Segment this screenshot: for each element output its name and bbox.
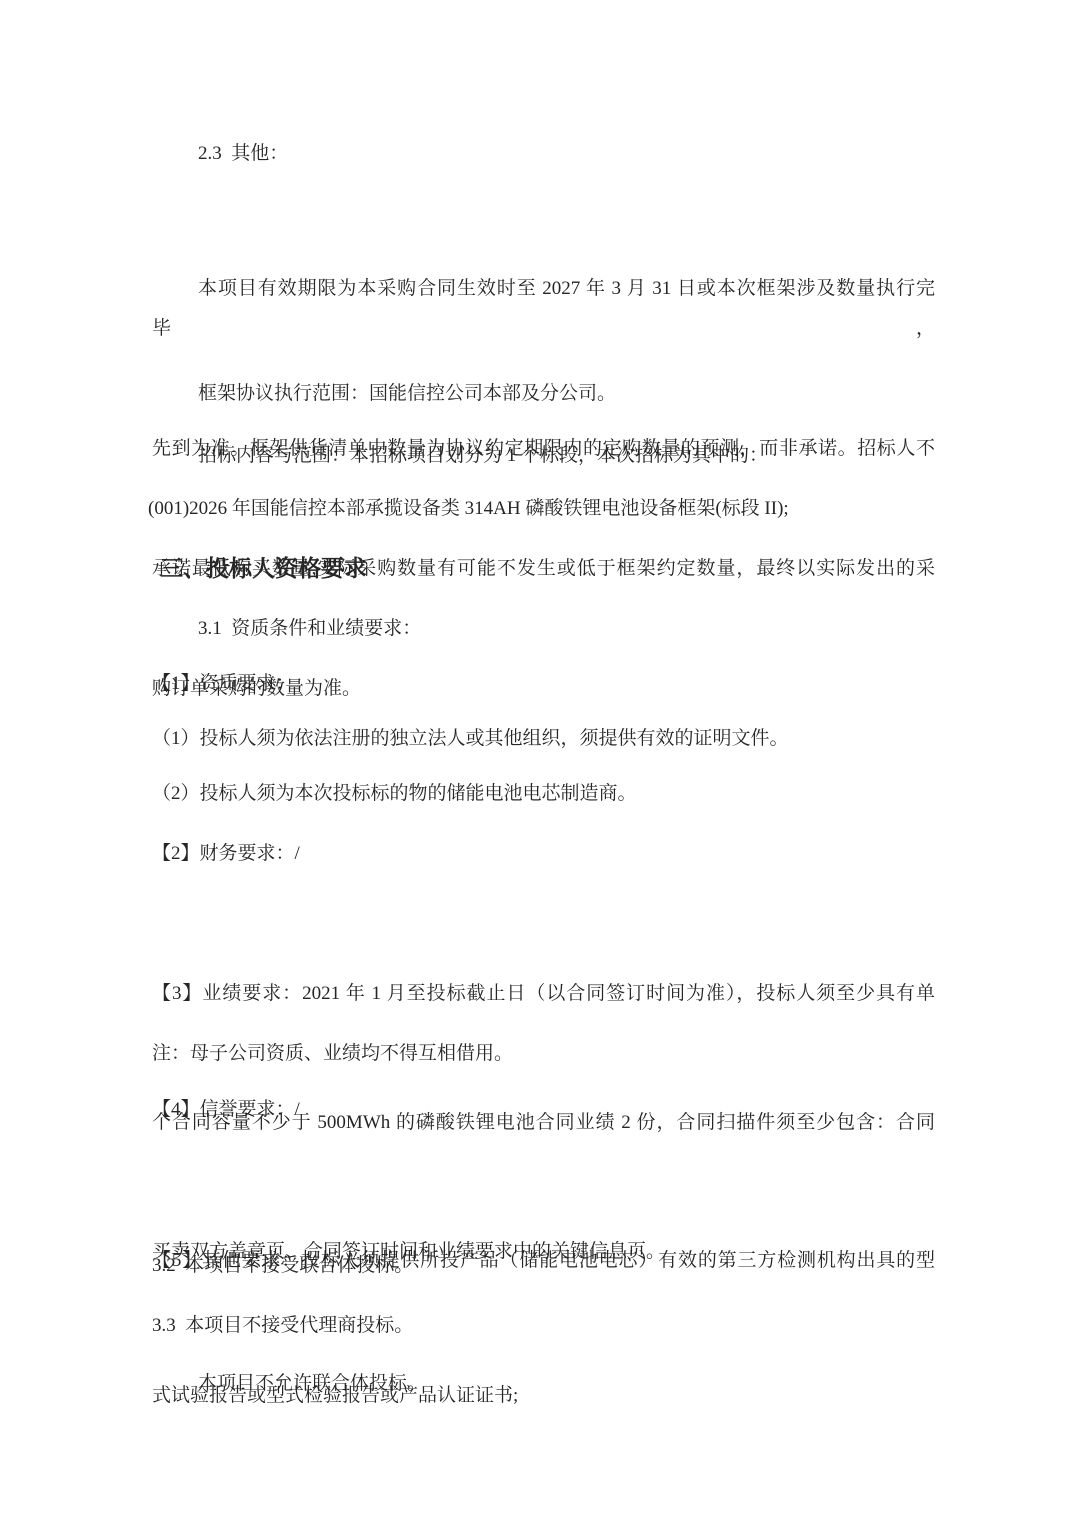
clause-3-2-line: 3.2 本项目不接受联合体投标。 (152, 1245, 935, 1287)
clause-2-3-title: 2.3 其他： (152, 133, 981, 175)
section-3-heading: 三、投标人资格要求 (160, 553, 943, 583)
qualification-item-1: （1）投标人须为依法注册的独立法人或其他组织，须提供有效的证明文件。 (152, 718, 935, 760)
document-page: 2.3 其他： 本项目有效期限为本采购合同生效时至 2027 年 3 月 31 … (0, 0, 1080, 1532)
financial-requirement-line: 【2】财务要求：/ (152, 833, 935, 875)
qualification-requirement-header: 【1】资质要求： (152, 663, 935, 705)
paragraph-line: 本项目有效期限为本采购合同生效时至 2027 年 3 月 31 日或本次框架涉及… (152, 269, 935, 349)
qualification-item-2: （2）投标人须为本次投标标的物的储能电池电芯制造商。 (152, 773, 935, 815)
credit-requirement-line: 【4】信誉要求：/ (152, 1089, 935, 1131)
framework-scope-line: 框架协议执行范围：国能信控公司本部及分公司。 (152, 373, 981, 415)
tender-scope-line: 招标内容与范围：本招标项目划分为 1 个标段，本次招标为其中的： (152, 435, 981, 477)
note-line: 注：母子公司资质、业绩均不得互相借用。 (152, 1033, 935, 1075)
consortium-note-line: 本项目不允许联合体投标。 (152, 1363, 981, 1405)
clause-3-3-line: 3.3 本项目不接受代理商投标。 (152, 1305, 935, 1347)
clause-3-1-title: 3.1 资质条件和业绩要求： (152, 608, 981, 650)
lot-description-line: (001)2026 年国能信控本部承揽设备类 314AH 磷酸铁锂电池设备框架(… (148, 488, 931, 530)
paragraph-line: 【3】业绩要求：2021 年 1 月至投标截止日（以合同签订时间为准），投标人须… (152, 972, 935, 1015)
